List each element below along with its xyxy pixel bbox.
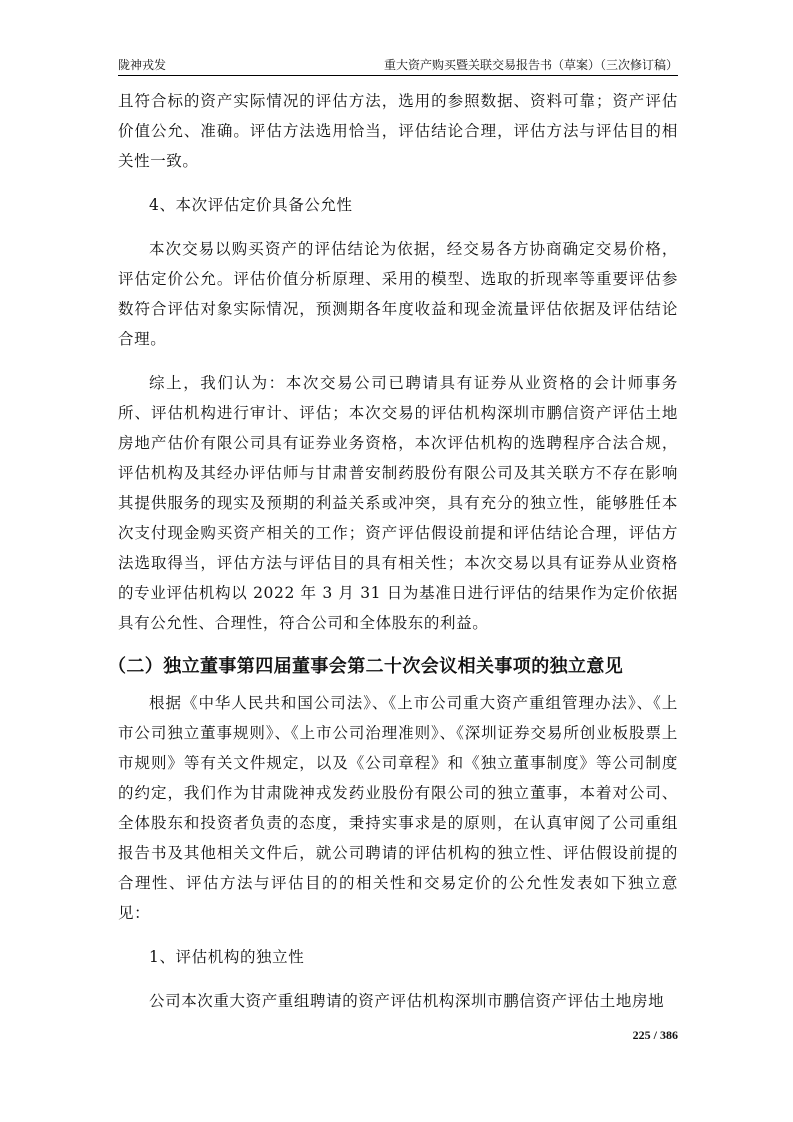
document-body: 且符合标的资产实际情况的评估方法，选用的参照数据、资料可靠；资产评估价值公允、准… (118, 86, 678, 1016)
header-document-title: 重大资产购买暨关联交易报告书（草案）（三次修订稿） (384, 57, 678, 73)
paragraph-evaluation-method: 且符合标的资产实际情况的评估方法，选用的参照数据、资料可靠；资产评估价值公允、准… (118, 86, 678, 176)
paragraph-legal-basis: 根据《中华人民共和国公司法》、《上市公司重大资产重组管理办法》、《上市公司独立董… (118, 688, 678, 928)
paragraph-pricing-fairness: 本次交易以购买资产的评估结论为依据，经交易各方协商确定交易价格，评估定价公允。评… (118, 234, 678, 354)
page-header: 陇神戎发 重大资产购买暨关联交易报告书（草案）（三次修订稿） (118, 56, 678, 76)
paragraph-conclusion: 综上，我们认为：本次交易公司已聘请具有证券从业资格的会计师事务所、评估机构进行审… (118, 368, 678, 638)
section-heading-independent-opinion: （二）独立董事第四届董事会第二十次会议相关事项的独立意见 (108, 652, 678, 682)
item-1-heading: 1、评估机构的独立性 (118, 942, 678, 972)
header-company-name: 陇神戎发 (118, 57, 166, 73)
paragraph-agency-independence: 公司本次重大资产重组聘请的资产评估机构深圳市鹏信资产评估土地房地 (118, 986, 678, 1016)
item-4-heading: 4、本次评估定价具备公允性 (118, 190, 678, 220)
page-number: 225 / 386 (633, 1028, 678, 1043)
